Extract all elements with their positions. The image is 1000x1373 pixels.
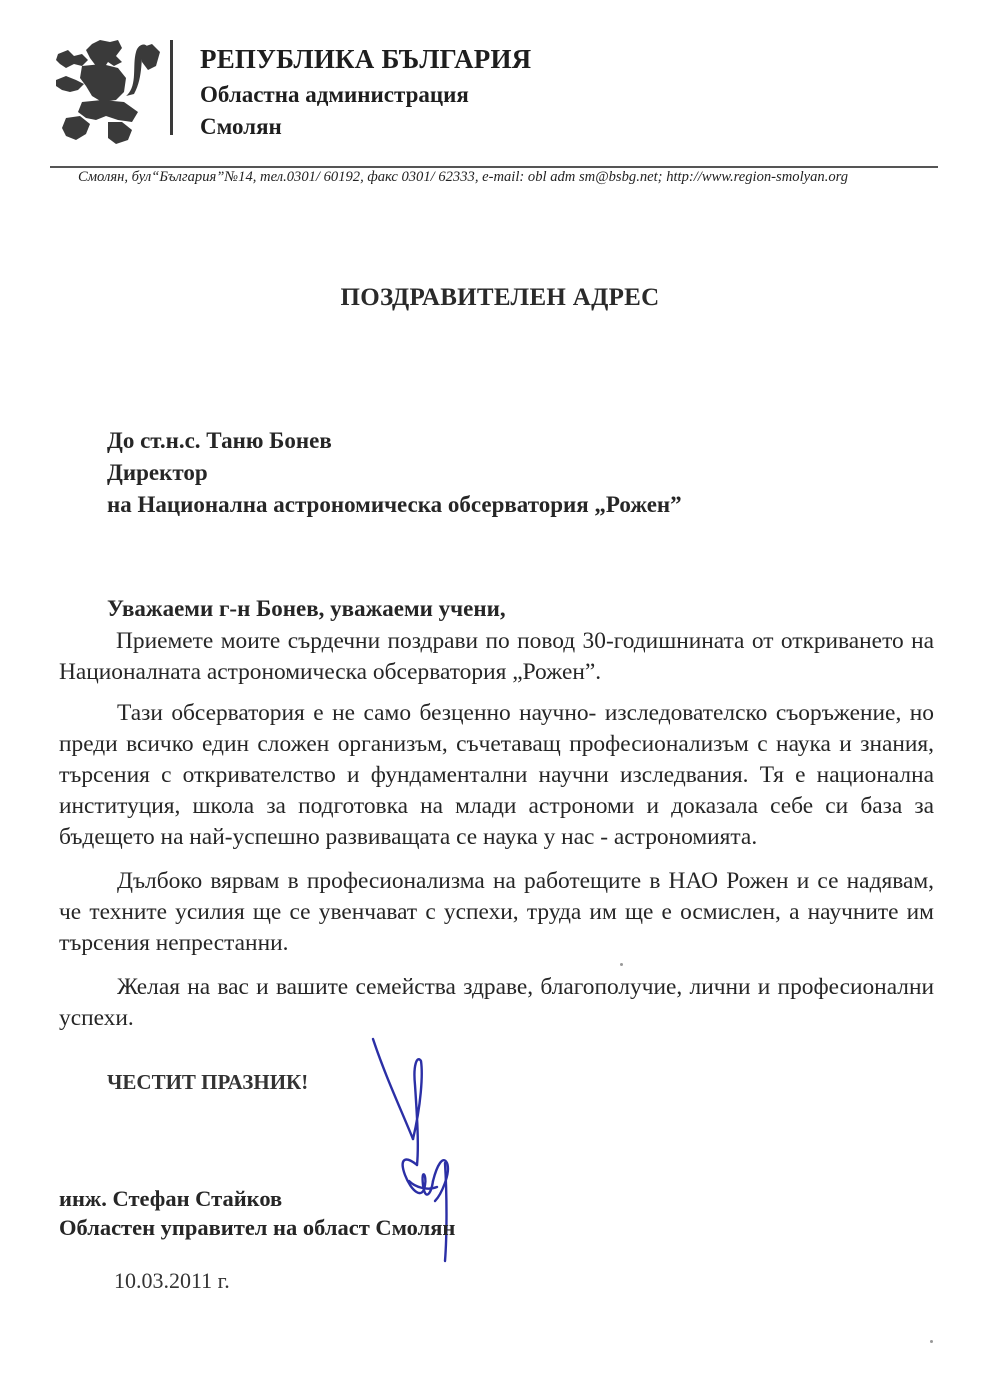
body-paragraph: Тази обсерватория е не само безценно нау… [59,698,934,853]
letterhead-divider [170,40,173,135]
letterhead-rule [50,166,938,168]
body-paragraph: Дълбоко вярвам в професионализма на рабо… [59,866,934,959]
addressee-line: Директор [107,457,682,489]
scan-speck [930,1340,933,1343]
lion-crest-icon [52,36,164,148]
salutation: Уважаеми г-н Бонев, уважаеми учени, [107,596,506,622]
addressee-block: До ст.н.с. Таню Бонев Директор на Национ… [107,425,682,521]
scan-speck [620,963,623,966]
addressee-line: До ст.н.с. Таню Бонев [107,425,682,457]
closing-greeting: ЧЕСТИТ ПРАЗНИК! [107,1070,308,1095]
body-paragraph: Приемете моите сърдечни поздрави по пово… [59,626,934,688]
letter-body: Приемете моите сърдечни поздрави по пово… [59,626,934,1047]
letterhead-city: Смолян [200,114,282,140]
signer-title: Областен управител на област Смолян [59,1215,455,1241]
addressee-line: на Национална астрономическа обсерватори… [107,489,682,521]
signer-name: инж. Стефан Стайков [59,1186,282,1212]
letterhead-country: РЕПУБЛИКА БЪЛГАРИЯ [200,44,531,75]
document-title: ПОЗДРАВИТЕЛЕН АДРЕС [0,284,1000,312]
body-paragraph: Желая на вас и вашите семейства здраве, … [59,972,934,1034]
letterhead-institution: Областна администрация [200,82,469,108]
letterhead-contact-line: Смолян, бул“България”№14, тел.0301/ 6019… [78,169,848,186]
document-date: 10.03.2011 г. [114,1268,230,1294]
